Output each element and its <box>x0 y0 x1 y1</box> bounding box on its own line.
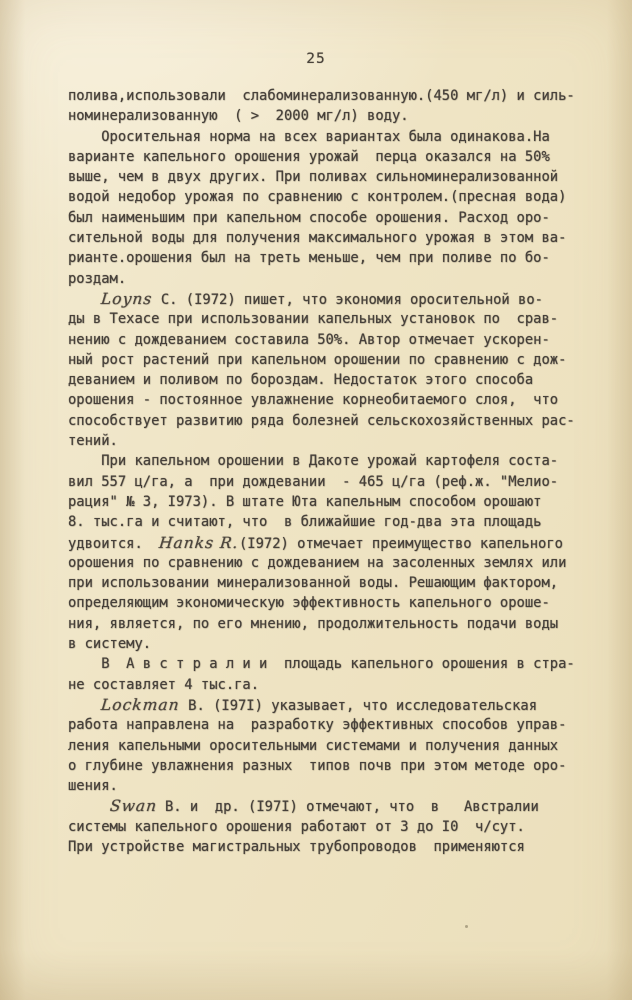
typewritten-text: В А в с т р а л и и площадь капельного о… <box>68 656 575 672</box>
typewritten-text: сительной воды для получения максимально… <box>68 230 566 246</box>
typewritten-text: нению с дождеванием составила 50%. Автор… <box>68 332 550 348</box>
typewritten-text: тений. <box>68 433 118 449</box>
handwritten-author-name: Swan <box>108 796 157 816</box>
typewritten-text: С. (I972) пишет, что экономия оросительн… <box>153 292 543 308</box>
typewritten-text: способствует развитию ряда болезней сель… <box>68 413 575 429</box>
text-line: ды в Техасе при использовании капельных … <box>68 309 588 329</box>
text-line: полива,использовали слабоминерализованну… <box>68 86 588 106</box>
text-line: определяющим экономическую эффективность… <box>68 593 588 613</box>
text-line: в систему. <box>68 634 588 654</box>
typewritten-text: рация" № 3, I973). В штате Юта капельным… <box>68 494 541 510</box>
typewritten-text: В. и др. (I97I) отмечают, что в Австрали… <box>157 799 539 815</box>
text-line: был наименьшим при капельном способе оро… <box>68 208 588 228</box>
text-line: удвоится. Hanks R.(I972) отмечает преиму… <box>68 533 588 553</box>
text-line: ный рост растений при капельном орошении… <box>68 350 588 370</box>
handwritten-author-name: Loyns <box>100 289 153 309</box>
text-line: нению с дождеванием составила 50%. Автор… <box>68 330 588 350</box>
scanned-page: 25 полива,использовали слабоминерализова… <box>0 0 632 1000</box>
text-line: работа направлена на разработку эффектив… <box>68 715 588 735</box>
text-line: При капельном орошении в Дакоте урожай к… <box>68 451 588 471</box>
typewritten-text: был наименьшим при капельном способе оро… <box>68 210 550 226</box>
text-block: полива,использовали слабоминерализованну… <box>68 86 588 857</box>
typewritten-text: ния, является, по его мнению, продолжите… <box>68 616 558 632</box>
text-line: В А в с т р а л и и площадь капельного о… <box>68 654 588 674</box>
typewritten-text: удвоится. <box>68 536 159 552</box>
text-line: номинерализованную ( > 2000 мг/л) воду. <box>68 106 588 126</box>
typewritten-text: варианте капельного орошения урожай перц… <box>68 149 550 165</box>
text-line: сительной воды для получения максимально… <box>68 228 588 248</box>
page-number: 25 <box>0 51 632 67</box>
text-line: выше, чем в двух других. При поливах сил… <box>68 167 588 187</box>
text-line: рация" № 3, I973). В штате Юта капельным… <box>68 492 588 512</box>
typewritten-text: системы капельного орошения работают от … <box>68 819 525 835</box>
typewritten-text: ды в Техасе при использовании капельных … <box>68 311 558 327</box>
typewritten-text: водой недобор урожая по сравнению с конт… <box>68 189 566 205</box>
typewritten-text <box>68 698 101 714</box>
text-line: шения. <box>68 776 588 796</box>
typewritten-text: орошения - постоянное увлажнение корнеоб… <box>68 392 558 408</box>
text-line: орошения - постоянное увлажнение корнеоб… <box>68 390 588 410</box>
text-line: при использовании минерализованной воды.… <box>68 573 588 593</box>
text-line: способствует развитию ряда болезней сель… <box>68 411 588 431</box>
typewritten-text: в систему. <box>68 636 151 652</box>
text-line: При устройстве магистральных трубопровод… <box>68 837 588 857</box>
typewritten-text: орошения по сравнению с дождеванием на з… <box>68 555 566 571</box>
text-line: тений. <box>68 431 588 451</box>
paper-speck <box>465 925 468 928</box>
typewritten-text: вил 557 ц/га, а при дождевании - 465 ц/г… <box>68 474 558 490</box>
typewritten-text: При капельном орошении в Дакоте урожай к… <box>68 453 558 469</box>
typewritten-text: (I972) отмечает преимущество капельного <box>239 536 563 552</box>
text-line: Оросительная норма на всех вариантах был… <box>68 127 588 147</box>
text-line: Lockman В. (I97I) указывает, что исследо… <box>68 695 588 715</box>
text-line: ния, является, по его мнению, продолжите… <box>68 614 588 634</box>
typewritten-text: При устройстве магистральных трубопровод… <box>68 839 525 855</box>
typewritten-text: при использовании минерализованной воды.… <box>68 575 558 591</box>
typewritten-text: ления капельными оросительными системами… <box>68 738 558 754</box>
typewritten-text <box>68 292 101 308</box>
text-line: рианте.орошения был на треть меньше, чем… <box>68 248 588 268</box>
typewritten-text: определяющим экономическую эффективность… <box>68 595 550 611</box>
typewritten-text: не составляет 4 тыс.га. <box>68 677 259 693</box>
typewritten-text: рианте.орошения был на треть меньше, чем… <box>68 250 550 266</box>
text-line: ления капельными оросительными системами… <box>68 736 588 756</box>
text-line: вил 557 ц/га, а при дождевании - 465 ц/г… <box>68 472 588 492</box>
text-line: роздам. <box>68 269 588 289</box>
text-line: орошения по сравнению с дождеванием на з… <box>68 553 588 573</box>
typewritten-text: деванием и поливом по бороздам. Недостат… <box>68 372 533 388</box>
typewritten-text: ный рост растений при капельном орошении… <box>68 352 566 368</box>
handwritten-author-name: Hanks R. <box>158 533 240 553</box>
text-line: не составляет 4 тыс.га. <box>68 675 588 695</box>
text-line: водой недобор урожая по сравнению с конт… <box>68 187 588 207</box>
text-line: Loyns С. (I972) пишет, что экономия орос… <box>68 289 588 309</box>
typewritten-text: шения. <box>68 778 118 794</box>
handwritten-author-name: Lockman <box>100 695 181 715</box>
typewritten-text: выше, чем в двух других. При поливах сил… <box>68 169 558 185</box>
text-line: системы капельного орошения работают от … <box>68 817 588 837</box>
typewritten-text: полива,использовали слабоминерализованну… <box>68 88 575 104</box>
typewritten-text: В. (I97I) указывает, что исследовательск… <box>180 698 537 714</box>
text-line: о глубине увлажнения разных типов почв п… <box>68 756 588 776</box>
typewritten-text: Оросительная норма на всех вариантах был… <box>68 129 550 145</box>
typewritten-text: роздам. <box>68 271 126 287</box>
typewritten-text: номинерализованную ( > 2000 мг/л) воду. <box>68 108 409 124</box>
text-line: 8. тыс.га и считают, что в ближайшие год… <box>68 512 588 532</box>
typewritten-text: о глубине увлажнения разных типов почв п… <box>68 758 566 774</box>
text-line: Swan В. и др. (I97I) отмечают, что в Авс… <box>68 796 588 816</box>
typewritten-text: 8. тыс.га и считают, что в ближайшие год… <box>68 514 541 530</box>
typewritten-text <box>68 799 110 815</box>
text-line: деванием и поливом по бороздам. Недостат… <box>68 370 588 390</box>
text-line: варианте капельного орошения урожай перц… <box>68 147 588 167</box>
typewritten-text: работа направлена на разработку эффектив… <box>68 717 566 733</box>
